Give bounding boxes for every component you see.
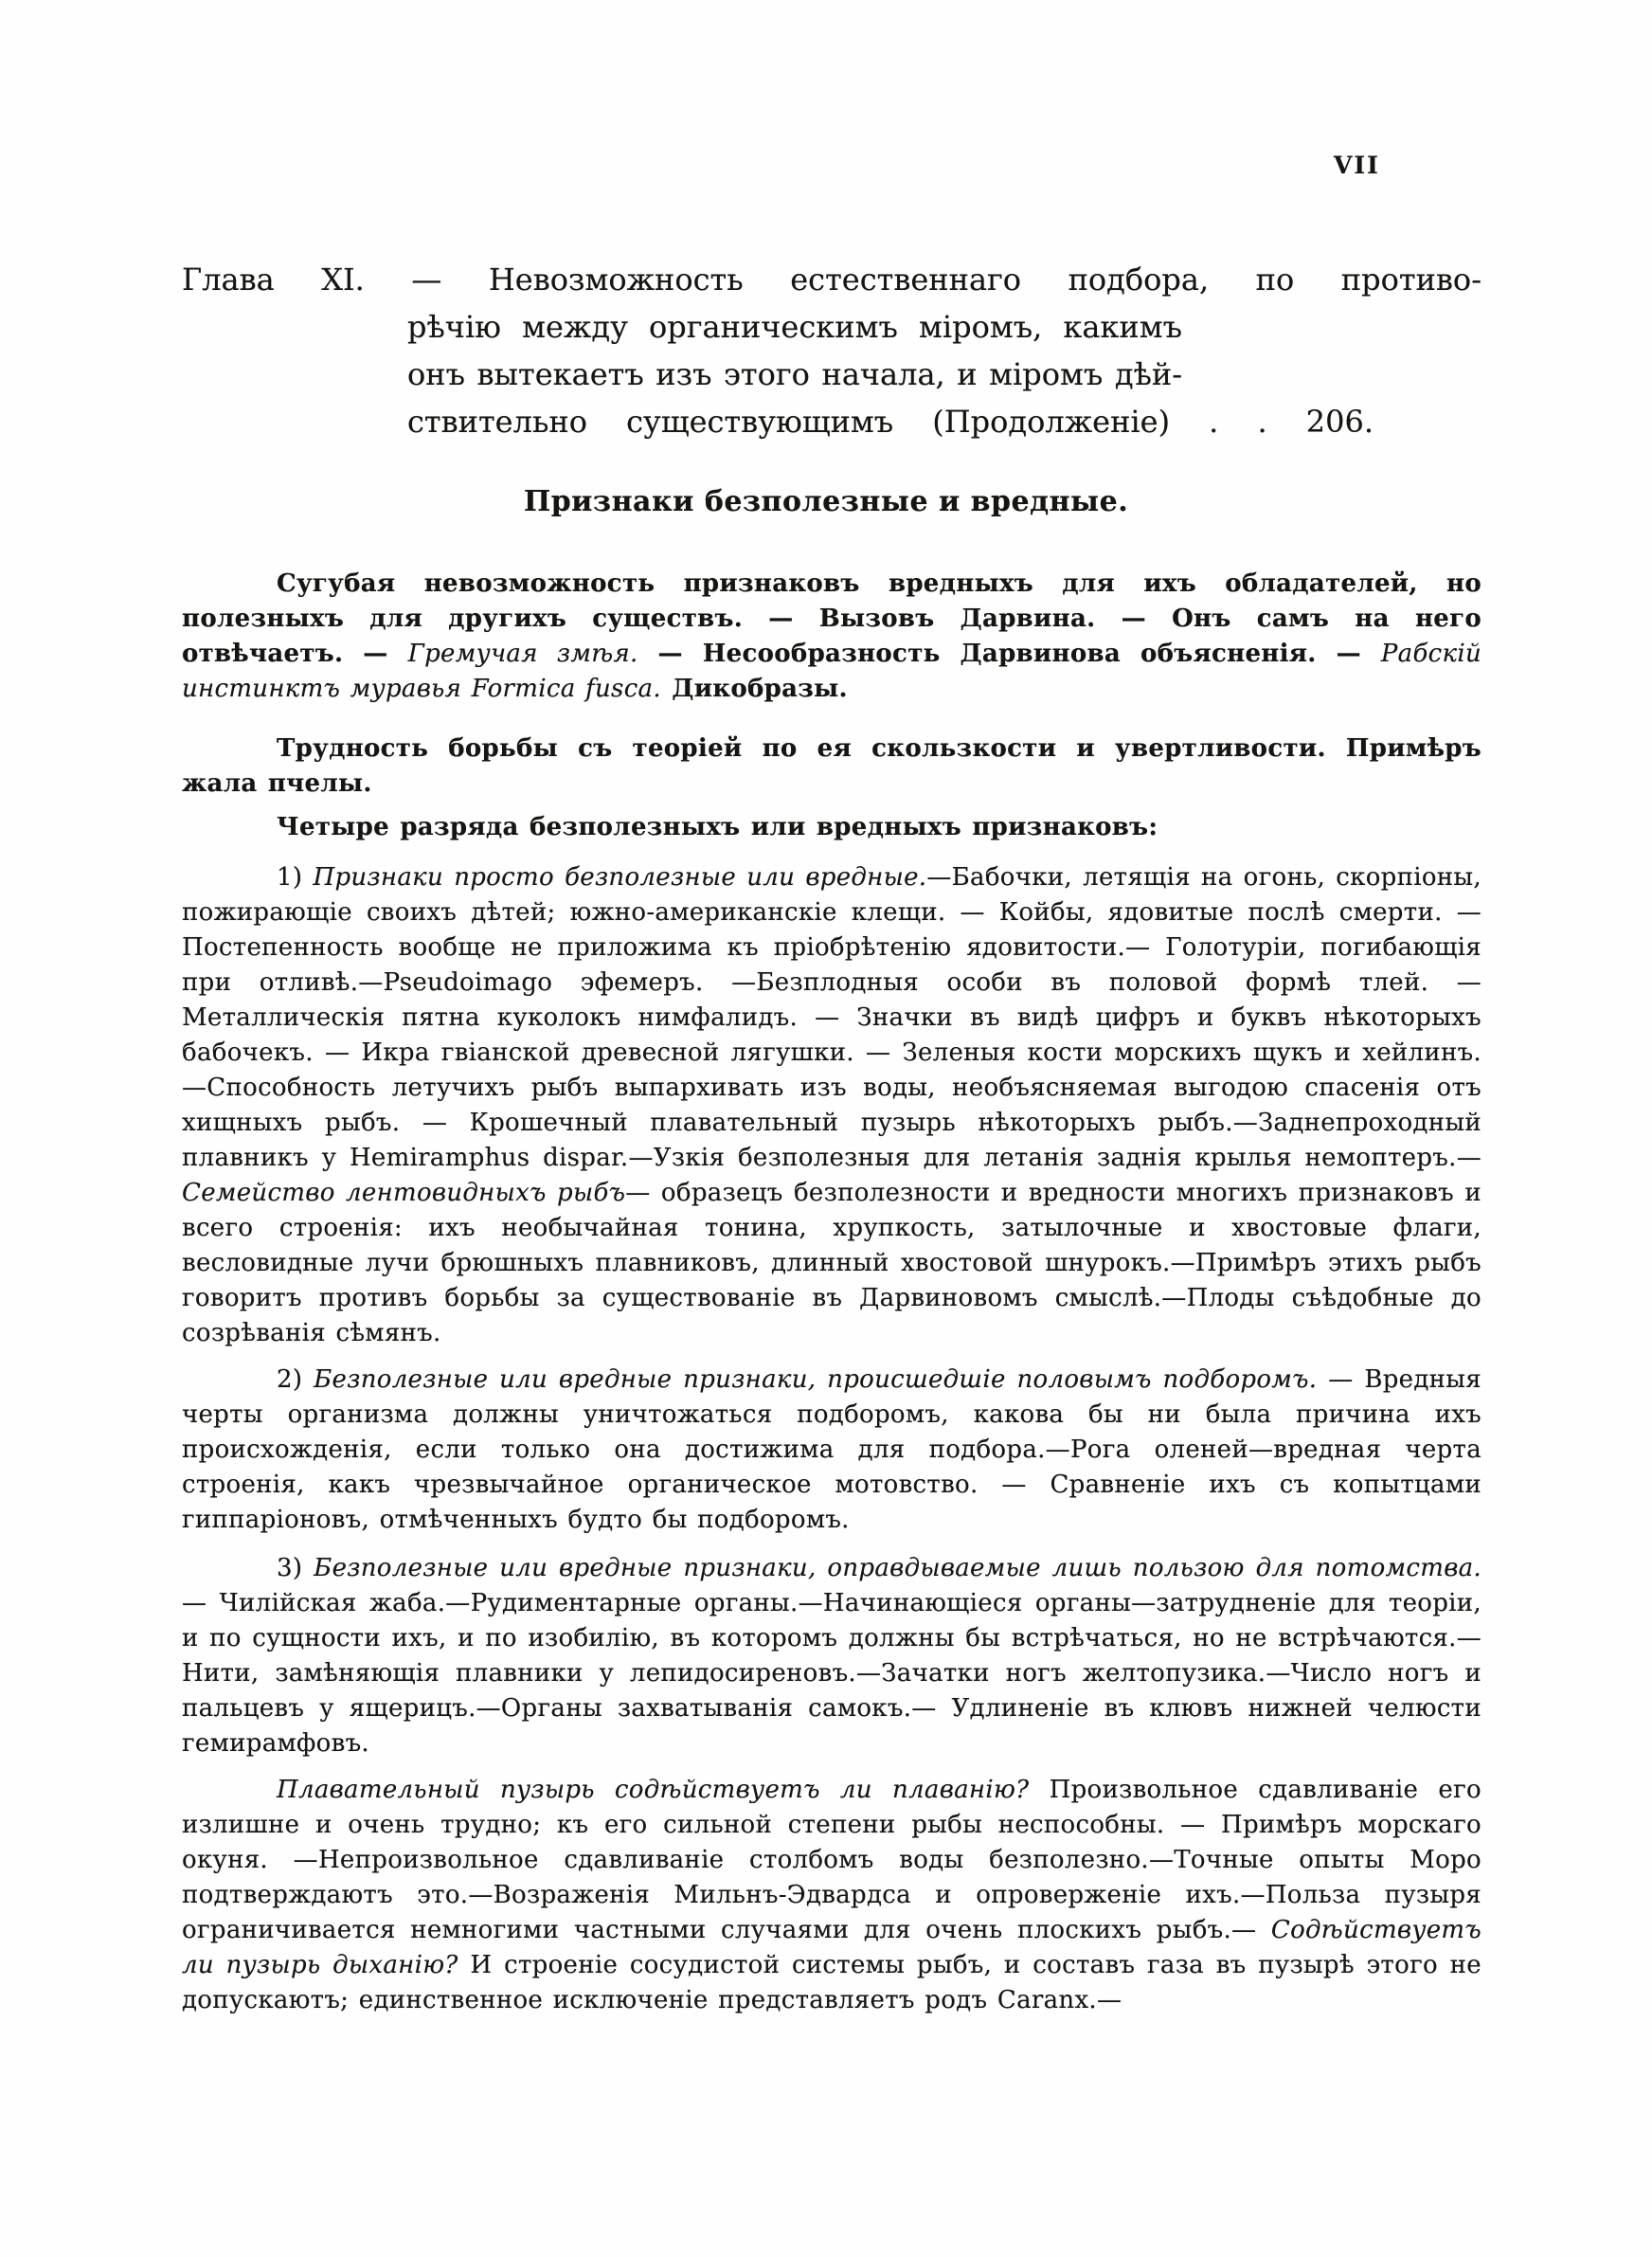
text-segment: — Несообразность Дарвинова объясненія. —: [638, 640, 1381, 668]
text-segment: — Чилійская жаба.—Рудиментарные органы.—…: [182, 1589, 1481, 1758]
text-segment: Трудность борьбы съ теоріей по ея скольз…: [182, 734, 1481, 798]
annotation-paragraph: Трудность борьбы съ теоріей по ея скольз…: [182, 731, 1481, 802]
annotation-paragraph: Сугубая невозможность признаковъ вредных…: [182, 567, 1481, 707]
annotation-paragraph: Плавательный пузырь содѣйствуетъ ли плав…: [182, 1773, 1481, 2018]
toc-line: рѣчію между органическимъ міромъ, какимъ: [407, 303, 1182, 351]
annotation-paragraph: 1) Признаки просто безполезные или вредн…: [182, 860, 1481, 1351]
toc-line: онъ вытекаетъ изъ этого начала, и міромъ…: [407, 351, 1182, 398]
text-segment: Гремучая змѣя.: [408, 640, 638, 668]
text-segment: Четыре разряда безполезныхъ или вредныхъ…: [277, 813, 1158, 841]
text-segment: Безполезные или вредные признаки, оправд…: [314, 1554, 1481, 1582]
text-segment: 3): [277, 1554, 314, 1582]
text-segment: Признаки просто безполезные или вредные.: [313, 863, 926, 892]
text-segment: 1): [277, 863, 313, 892]
scanned-book-page: VII Глава XI. — Невозможность естественн…: [0, 0, 1652, 2257]
text-segment: 2): [277, 1365, 314, 1394]
text-segment: Дикобразы.: [661, 675, 848, 703]
annotation-paragraph: 3) Безполезные или вредные признаки, опр…: [182, 1551, 1481, 1761]
text-segment: —Бабочки, летящія на огонь, скорпіоны, п…: [182, 863, 1481, 1172]
annotation-paragraph: 2) Безполезные или вредные признаки, про…: [182, 1363, 1481, 1538]
section-heading: Признаки безполезные и вредные.: [0, 485, 1652, 518]
toc-line-with-page-ref: ствительно существующимъ (Продолженіе) .…: [407, 398, 1374, 445]
text-segment: Плавательный пузырь содѣйствуетъ ли плав…: [277, 1776, 1029, 1804]
text-segment: Безполезные или вредные признаки, происш…: [314, 1365, 1317, 1394]
toc-line: Глава XI. — Невозможность естественнаго …: [182, 256, 1481, 303]
chapter-toc-entry: Глава XI. — Невозможность естественнаго …: [182, 256, 1481, 445]
page-number: VII: [1334, 152, 1380, 179]
annotation-paragraph: Четыре разряда безполезныхъ или вредныхъ…: [182, 810, 1481, 845]
chapter-annotations: Сугубая невозможность признаковъ вредных…: [182, 567, 1481, 2018]
text-segment: Семейство лентовидныхъ рыбъ: [182, 1179, 625, 1207]
